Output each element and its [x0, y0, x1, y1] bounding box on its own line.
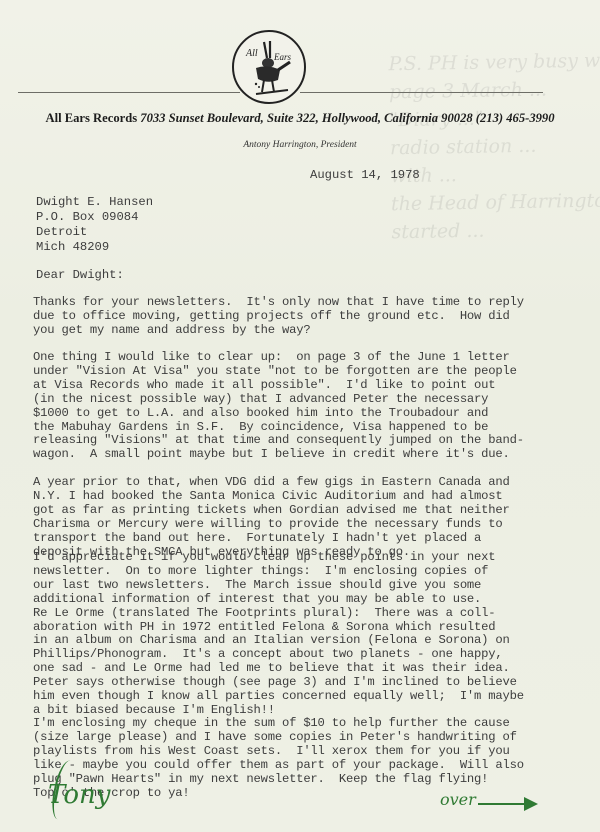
- recipient-city: Detroit: [36, 225, 153, 240]
- letterhead-rule-right: [300, 92, 543, 93]
- arrowhead-icon: [524, 797, 538, 811]
- svg-text:Ears: Ears: [273, 52, 292, 62]
- recipient-state-zip: Mich 48209: [36, 240, 153, 255]
- recipient-name: Dwight E. Hansen: [36, 195, 153, 210]
- recipient-address-block: Dwight E. Hansen P.O. Box 09084 Detroit …: [36, 195, 153, 255]
- recipient-po-box: P.O. Box 09084: [36, 210, 153, 225]
- paragraph-4: I'd appreciate it if you would clear up …: [33, 551, 524, 718]
- handwritten-over-note: over: [440, 790, 476, 809]
- handwritten-signature: Tony: [48, 780, 110, 810]
- arrow-right-icon: [478, 803, 530, 805]
- letterhead-rule-left: [18, 92, 240, 93]
- salutation: Dear Dwight:: [36, 268, 124, 282]
- paragraph-3: A year prior to that, when VDG did a few…: [33, 476, 510, 559]
- letterhead-address: All Ears Records 7033 Sunset Boulevard, …: [0, 111, 600, 126]
- paragraph-1: Thanks for your newsletters. It's only n…: [33, 296, 524, 338]
- svg-text:All: All: [245, 48, 258, 59]
- company-name: All Ears Records: [45, 111, 137, 125]
- all-ears-logo: All Ears: [232, 30, 306, 104]
- letterhead-president: Antony Harrington, President: [0, 140, 600, 150]
- letter-date: August 14, 1978: [310, 168, 420, 182]
- company-address: 7033 Sunset Boulevard, Suite 322, Hollyw…: [140, 111, 554, 125]
- letter-page: P.S. PH is very busy with ... page 3 Mar…: [0, 0, 600, 832]
- paragraph-2: One thing I would like to clear up: on p…: [33, 351, 524, 462]
- rabbit-icon: All Ears: [234, 32, 304, 102]
